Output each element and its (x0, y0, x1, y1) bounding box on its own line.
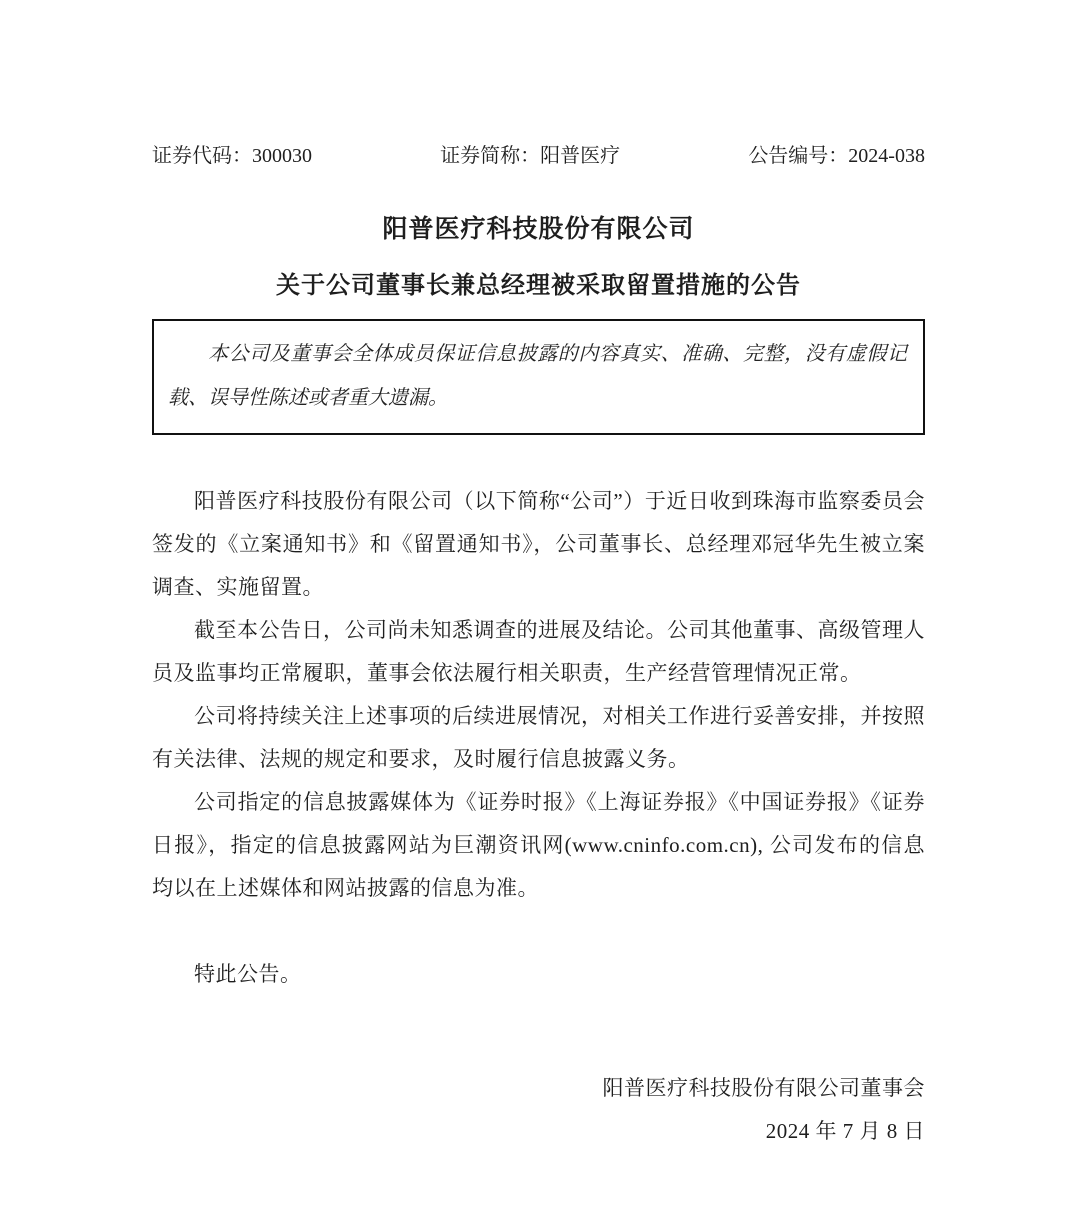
closing-text: 特此公告。 (152, 953, 925, 996)
body-paragraph-2: 截至本公告日，公司尚未知悉调查的进展及结论。公司其他董事、高级管理人员及监事均正… (152, 609, 925, 695)
announcement-number-text: 公告编号：2024-038 (748, 143, 925, 169)
announcement-body: 阳普医疗科技股份有限公司（以下简称“公司”）于近日收到珠海市监察委员会签发的《立… (152, 480, 925, 996)
date-text: 2024 年 7 月 8 日 (152, 1115, 925, 1147)
stock-code-text: 证券代码：300030 (152, 143, 312, 169)
company-title: 阳普医疗科技股份有限公司 (152, 213, 925, 245)
body-paragraph-1: 阳普医疗科技股份有限公司（以下简称“公司”）于近日收到珠海市监察委员会签发的《立… (152, 480, 925, 609)
disclaimer-box: 本公司及董事会全体成员保证信息披露的内容真实、准确、完整，没有虚假记载、误导性陈… (152, 319, 925, 435)
body-paragraph-3: 公司将持续关注上述事项的后续进展情况，对相关工作进行妥善安排，并按照有关法律、法… (152, 695, 925, 781)
disclaimer-text: 本公司及董事会全体成员保证信息披露的内容真实、准确、完整，没有虚假记载、误导性陈… (168, 332, 907, 420)
announcement-page: 证券代码：300030 证券简称：阳普医疗 公告编号：2024-038 阳普医疗… (0, 0, 1080, 1207)
securities-header: 证券代码：300030 证券简称：阳普医疗 公告编号：2024-038 (152, 143, 925, 169)
stock-name-text: 证券简称：阳普医疗 (440, 143, 620, 169)
signature-text: 阳普医疗科技股份有限公司董事会 (152, 1072, 925, 1104)
body-paragraph-4: 公司指定的信息披露媒体为《证券时报》《上海证券报》《中国证券报》《证券日报》，指… (152, 781, 925, 910)
announcement-title: 关于公司董事长兼总经理被采取留置措施的公告 (152, 270, 925, 301)
